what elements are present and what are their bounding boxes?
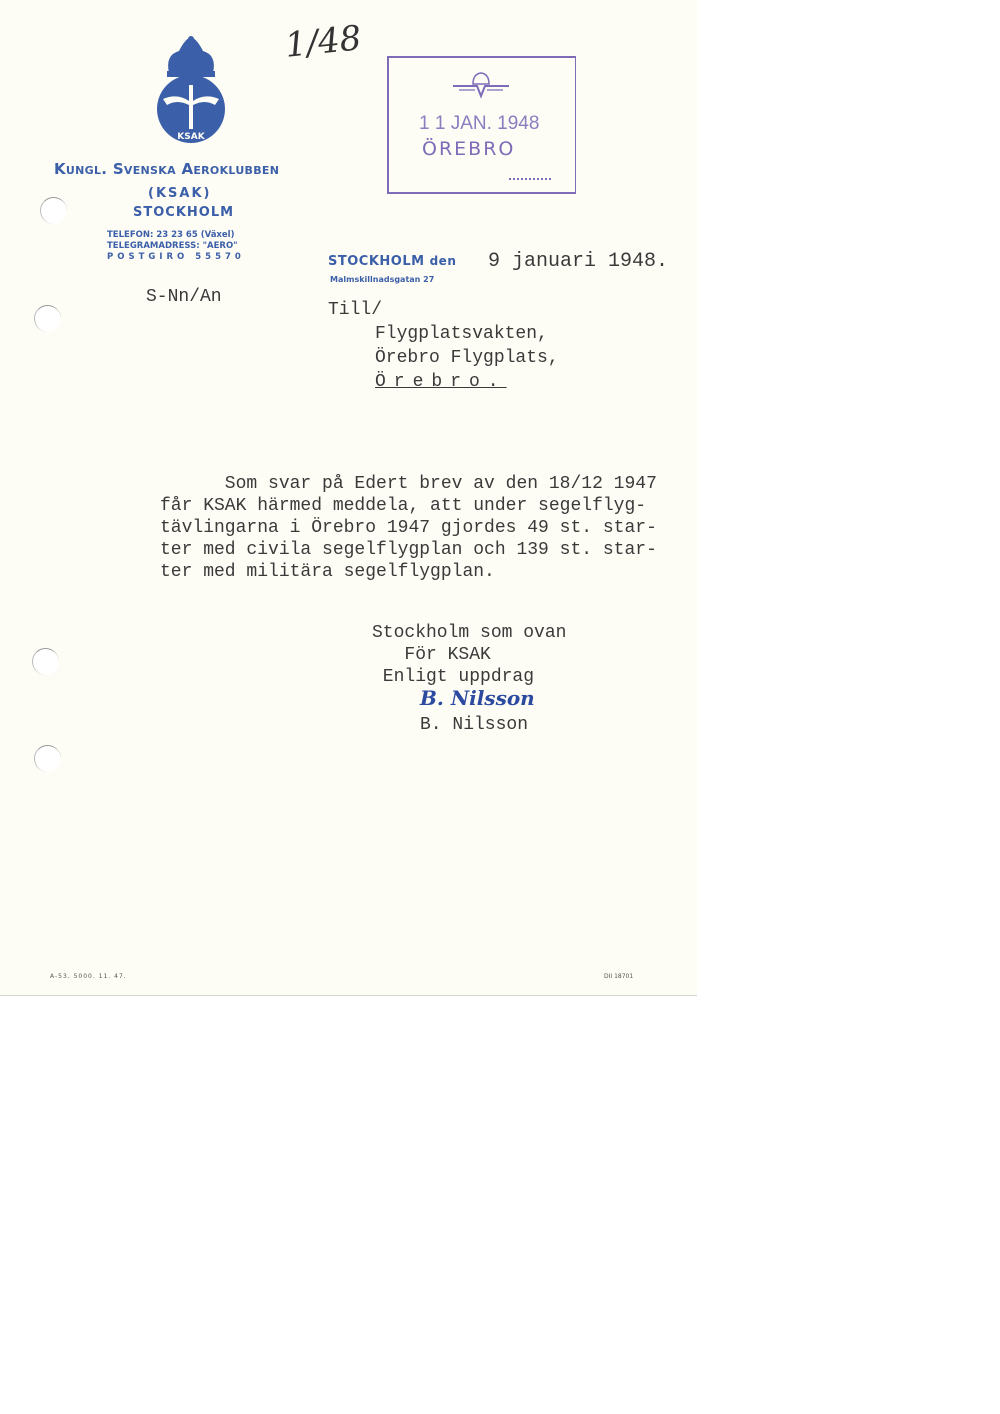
recipient-line: Örebro Flygplats,	[328, 346, 559, 370]
punch-hole	[34, 305, 61, 332]
letter-body: Som svar på Edert brev av den 18/12 1947…	[160, 473, 657, 583]
recipient-line: Flygplatsvakten,	[328, 322, 559, 346]
stamp-footer-line	[509, 178, 551, 180]
stamp-date: 1 1 JAN. 1948	[419, 113, 539, 135]
svg-text:KSAK: KSAK	[177, 132, 205, 142]
ksak-emblem-icon: KSAK	[155, 35, 227, 145]
place-label: STOCKHOLM den	[328, 254, 456, 269]
postgiro: POSTGIRO 55570	[107, 252, 245, 263]
letter-page: KSAK Kungl. Svenska Aeroklubben (KSAK) S…	[0, 0, 697, 996]
contact-info: TELEFON: 23 23 65 (Växel) TELEGRAMADRESS…	[107, 230, 245, 263]
place-city: STOCKHOLM	[328, 254, 425, 269]
org-abbreviation: (KSAK)	[148, 186, 211, 201]
stamp-emblem-icon	[451, 70, 511, 100]
telegram-address: TELEGRAMADRESS: "AERO"	[107, 241, 245, 252]
telephone: TELEFON: 23 23 65 (Växel)	[107, 230, 245, 241]
print-code: A-53. 5000. 11. 47.	[50, 973, 127, 980]
printer-code: DII 18701	[604, 973, 633, 980]
handwritten-signature: B. Nilsson	[420, 686, 535, 710]
den-label: den	[430, 254, 457, 268]
punch-hole	[34, 745, 61, 772]
org-name: Kungl. Svenska Aeroklubben	[54, 160, 279, 178]
street-address: Malmskillnadsgatan 27	[330, 275, 434, 284]
closing-lines: Stockholm som ovan För KSAK Enligt uppdr…	[372, 622, 566, 688]
letter-date: 9 januari 1948.	[488, 250, 668, 273]
reference-code: S-Nn/An	[146, 287, 222, 307]
handwritten-reference: 1/48	[283, 18, 363, 66]
punch-hole	[40, 197, 67, 224]
signer-name: B. Nilsson	[420, 715, 528, 735]
org-city: STOCKHOLM	[133, 205, 234, 220]
recipient-line: Örebro.	[375, 372, 507, 392]
received-stamp: 1 1 JAN. 1948 ÖREBRO	[387, 56, 576, 194]
to-label: Till/	[328, 300, 382, 320]
stamp-city: ÖREBRO	[422, 138, 515, 160]
punch-hole	[32, 648, 59, 675]
recipient-address: Till/ Flygplatsvakten, Örebro Flygplats,…	[328, 298, 559, 394]
